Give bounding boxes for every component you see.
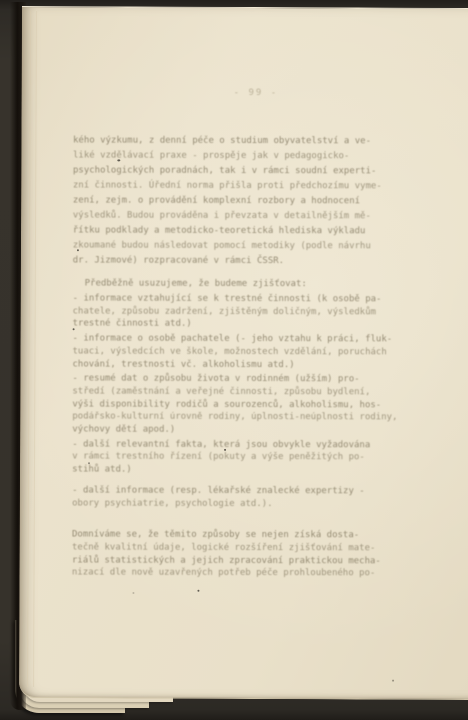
scan-speckle (88, 462, 90, 464)
text-line: výsledků. Budou prováděna i převzata v d… (73, 209, 407, 225)
text-line: chatele, způsobu zadržení, zjištěným dol… (73, 305, 407, 319)
text-line: liké vzdělávací praxe - prospěje jak v p… (73, 149, 407, 165)
text-line: středí (zaměstnání a veřejné činnosti, z… (72, 385, 406, 399)
page-crease (27, 11, 31, 687)
text-line: výchovy dětí apod.) (72, 424, 406, 438)
text-line: chování, trestnosti vč. alkoholismu atd.… (72, 358, 406, 372)
page-crease (33, 11, 37, 687)
book-page: - 99 - kého výzkumu, z denní péče o stud… (19, 6, 468, 700)
text-line: zkoumané budou následovat pomocí metodik… (73, 239, 407, 255)
list-intro-line: Předběžně usuzujeme, že budeme zjišťovat… (73, 278, 407, 292)
scan-speckle (117, 159, 120, 161)
text-line: - další relevantní fakta, která jsou obv… (72, 438, 406, 452)
scan-speckle (224, 449, 226, 451)
text-line: tečně kvalitní údaje, logické rozšíření … (72, 541, 406, 555)
list-item: - informace vztahující se k trestné činn… (73, 293, 407, 332)
list-item: - další relevantní fakta, která jsou obv… (72, 438, 406, 477)
text-line: - další informace (resp. lékařské znalec… (72, 484, 406, 498)
closing-paragraph: Domníváme se, že těmito způsoby se nejen… (72, 529, 406, 581)
text-line: v rámci trestního řízení (pokuty a výše … (72, 451, 406, 465)
list-item: - informace o osobě pachatele (- jeho vz… (72, 333, 406, 372)
paragraph: kého výzkumu, z denní péče o studium oby… (73, 134, 407, 270)
list-item: - další informace (resp. lékařské znalec… (72, 484, 406, 510)
scanned-book-page-view: - 99 - kého výzkumu, z denní péče o stud… (0, 0, 468, 720)
text-line: - informace o osobě pachatele (- jeho vz… (73, 333, 407, 347)
text-line: výši disponibility rodičů a sourozenců, … (72, 398, 406, 412)
typewritten-text: kého výzkumu, z denní péče o studium oby… (72, 134, 407, 581)
scan-speckle (77, 249, 79, 251)
text-line: kého výzkumu, z denní péče o studium oby… (73, 134, 407, 150)
text-line: riálů statistických a jejich zpracování … (72, 554, 406, 568)
text-line: zní činnosti. Úřední norma přišla proti … (73, 179, 407, 195)
text-line: Domníváme se, že těmito způsoby se nejen… (72, 529, 406, 543)
text-line: - resumé dat o způsobu života v rodinném… (72, 373, 406, 387)
scan-speckle (197, 590, 199, 592)
text-line: trestné činnosti atd.) (73, 318, 407, 332)
text-line: nizací dle nově uzavřených potřeb péče p… (72, 567, 406, 581)
text-line: dr. Jizmové) rozpracované v rámci ČSSR. (73, 254, 407, 270)
text-line: podářsko-kulturní úrovně rodiny, úplnost… (72, 411, 406, 425)
text-line: stihů atd.) (72, 464, 406, 478)
scan-speckle (392, 680, 394, 682)
scan-speckle (73, 328, 75, 330)
scan-speckle (132, 592, 134, 593)
text-line: - informace vztahující se k trestné činn… (73, 293, 407, 307)
text-line: řítku podklady a metodicko-teoretická hl… (73, 224, 407, 240)
text-line: obory psychiatrie, psychologie atd.). (72, 497, 406, 511)
text-line: psychologických poradnách, tak i v rámci… (73, 164, 407, 180)
text-line: tuaci, výsledcích ve škole, možnostech v… (72, 345, 406, 359)
text-line: zení, zejm. o provádění komplexní rozbor… (73, 194, 407, 210)
page-number: - 99 - (234, 88, 279, 98)
list-item: - resumé dat o způsobu života v rodinném… (72, 373, 406, 437)
